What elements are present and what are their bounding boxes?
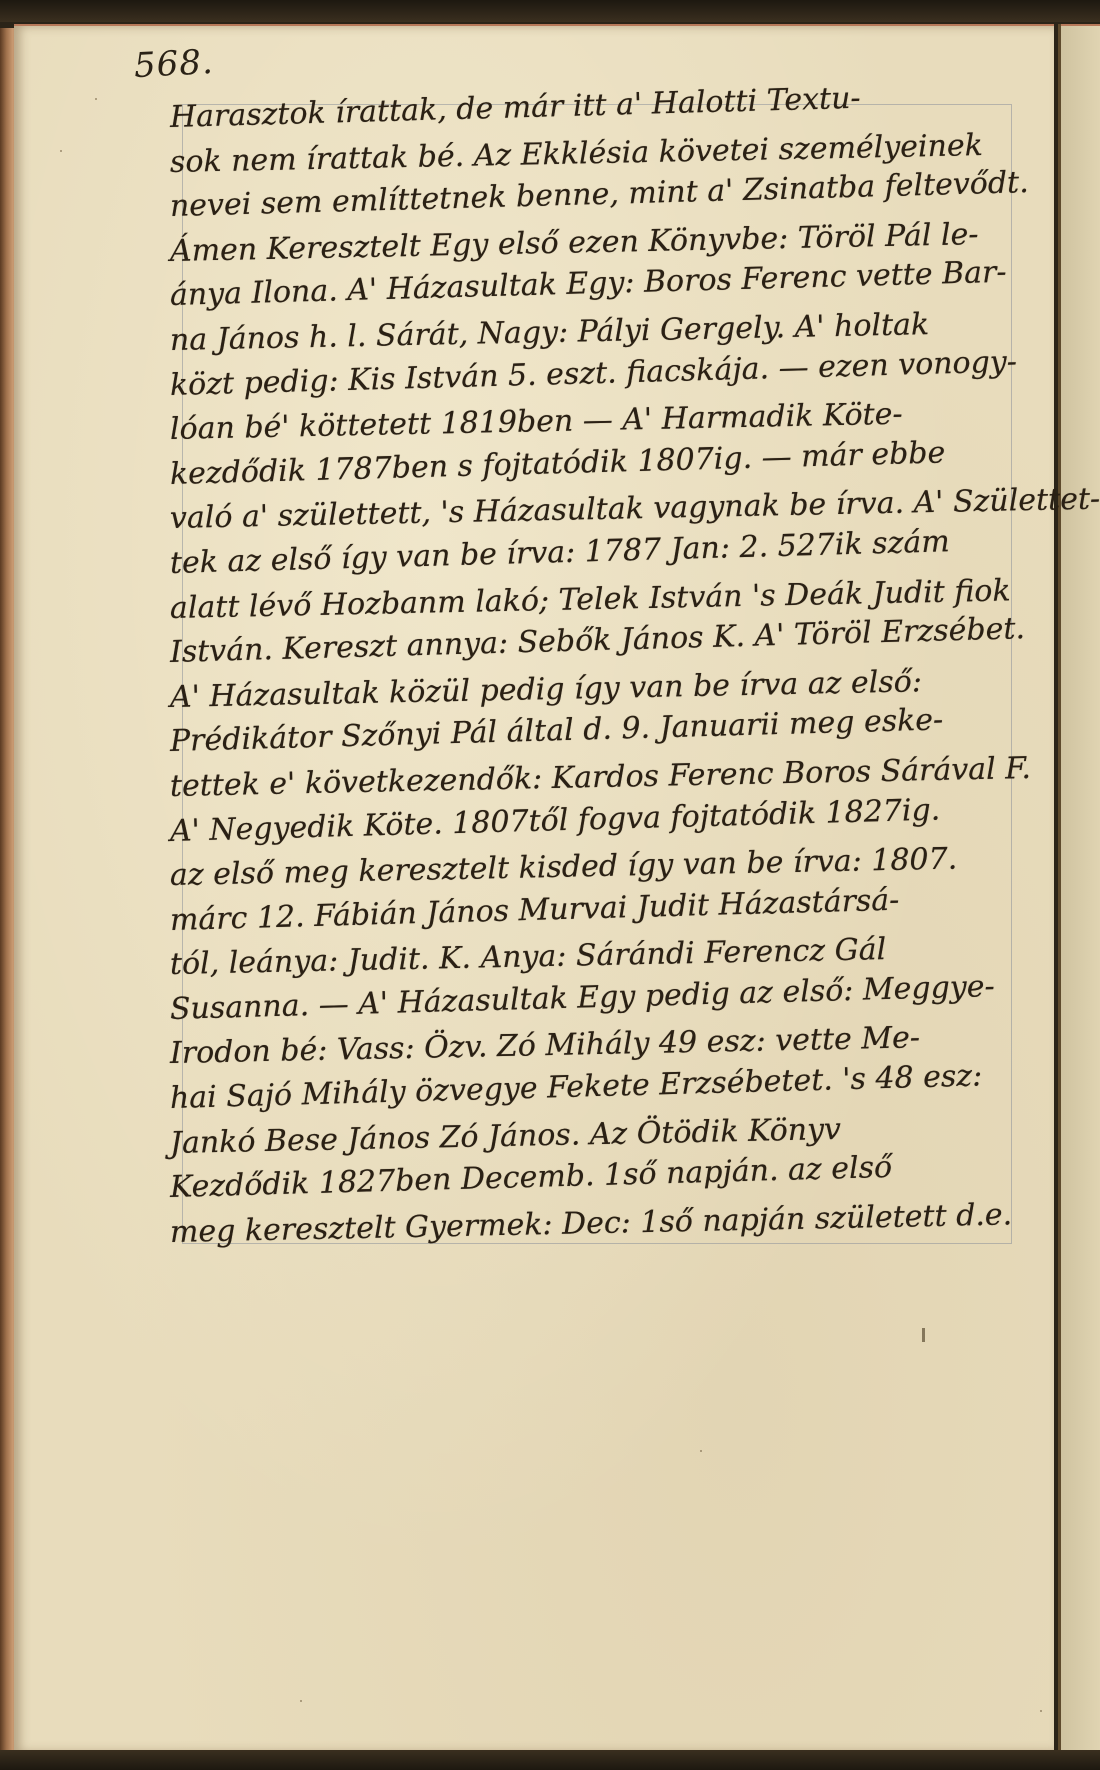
book-binding-bottom [0,1750,1100,1770]
page-number: 568. [133,42,215,86]
stray-ink-mark [922,1328,925,1342]
manuscript-scan: 568. Harasztok írattak, de már itt a' Ha… [0,0,1100,1770]
paper-speck [300,1700,302,1702]
adjacent-page-edge [1061,24,1100,1752]
handwritten-text-block: Harasztok írattak, de már itt a' Halotti… [170,96,1030,1255]
paper-speck [700,1450,702,1452]
book-binding-top [0,0,1100,22]
paper-speck [60,150,62,152]
paper-speck [95,98,97,100]
paper-speck [1040,1710,1042,1712]
